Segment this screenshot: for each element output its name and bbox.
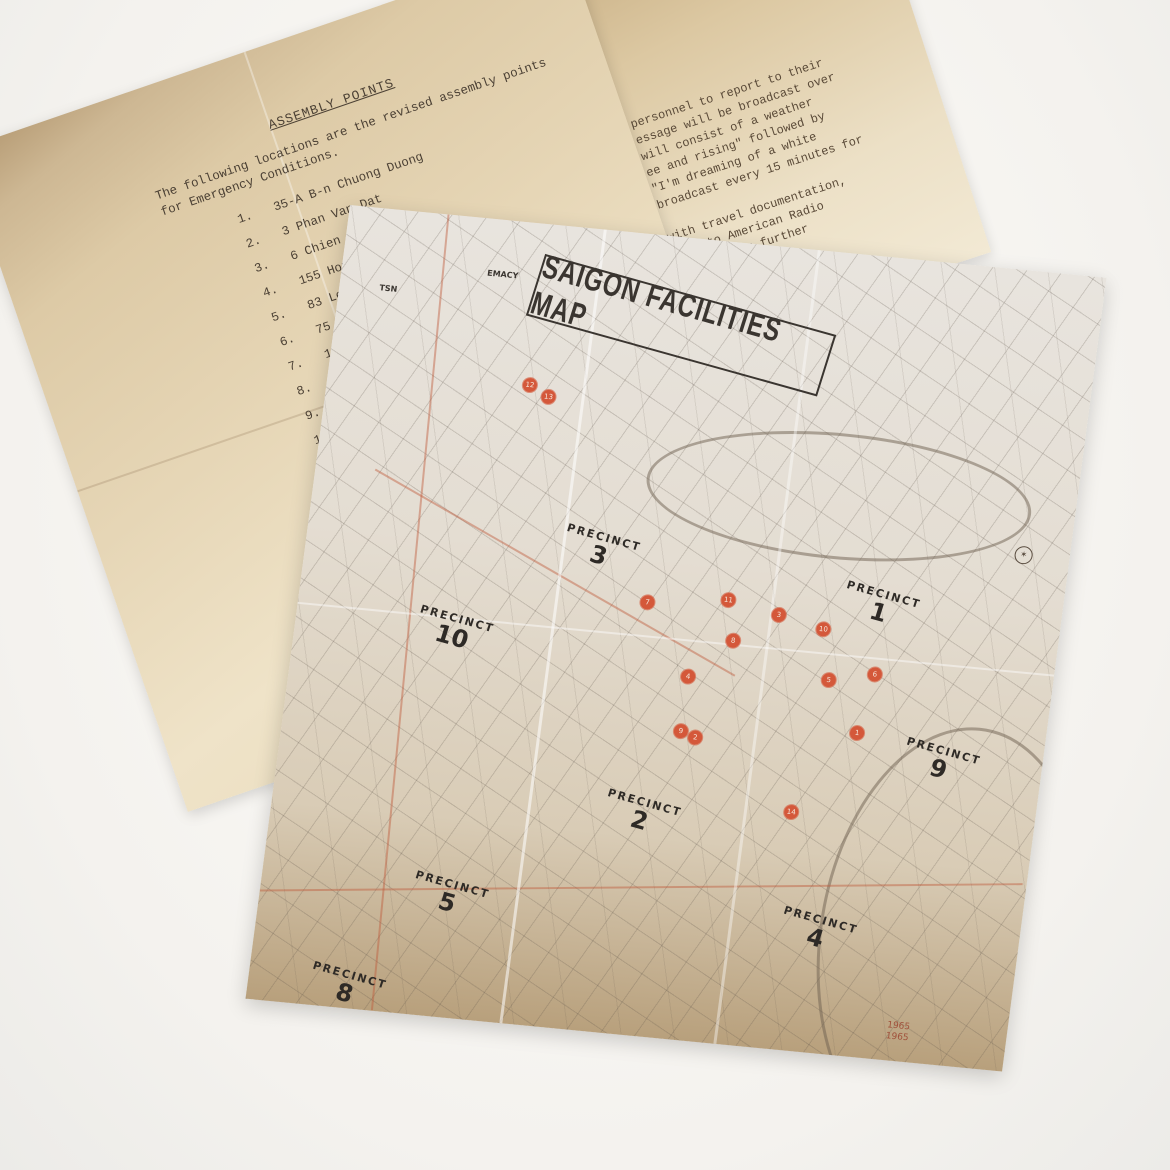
saigon-facilities-map: SAIGON FACILITIES MAP TSN EMACY ✶ PRECIN…	[246, 205, 1107, 1071]
date-stamp: 19651965	[885, 1020, 911, 1044]
tsn-label: TSN	[379, 283, 398, 294]
